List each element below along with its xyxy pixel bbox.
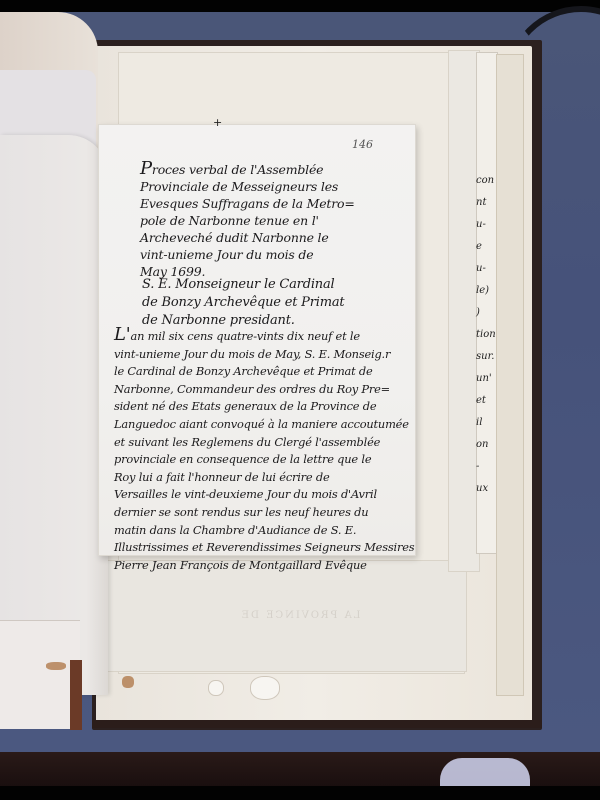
body-line: provinciale en consequence de la lettre … [114,451,414,469]
fragment: u- [476,258,500,280]
body-line: Roy lui a fait l'honneur de lui écrire d… [114,469,414,487]
fragment: tion [476,324,500,346]
paper-tear [250,676,280,700]
cloth [440,758,530,788]
presiding-heading: S. E. Monseigneur le Cardinal de Bonzy A… [142,276,344,330]
fragment: nt [476,192,500,214]
body-line: sident né des Etats generaux de la Provi… [114,398,414,416]
body-line: matin dans la Chambre d'Audiance de S. E… [114,522,414,540]
fragment: et [476,390,500,412]
presiding-line: de Bonzy Archevêque et Primat [142,294,344,312]
fragment: e [476,236,500,258]
body-line: Languedoc aiant convoqué à la maniere ac… [114,416,414,434]
body-line: Narbonne, Commandeur des ordres du Roy P… [114,381,414,399]
fragment: un' [476,368,500,390]
title-line: pole de Narbonne tenue en l' [140,212,355,229]
body-line: vint-unieme Jour du mois de May, S. E. M… [114,346,414,364]
fragment: le) [476,280,500,302]
show-through-print: LA PROVINCE DE [150,610,450,621]
book-bottom-edge [92,720,542,728]
title-line: Provinciale de Messeigneurs les [140,178,355,195]
body-line: L'an mil six cens quatre-vints dix neuf … [114,326,414,346]
document-title: Proces verbal de l'Assemblée Provinciale… [140,160,355,280]
fragment: sur. [476,346,500,368]
body-text: L'an mil six cens quatre-vints dix neuf … [114,326,414,574]
fragment: con [476,170,500,192]
left-page-bottom [0,620,80,729]
letterbox-top [0,0,600,12]
margin-fragments: con nt u- e u- le) ) tion sur. un' et il… [476,170,500,500]
letterbox-bottom [0,786,600,800]
folio-number: 146 [352,138,373,151]
paper-strip-c [496,54,524,696]
fragment: il [476,412,500,434]
body-line: le Cardinal de Bonzy Archevêque et Prima… [114,363,414,381]
title-line: Archeveché dudit Narbonne le [140,229,355,246]
spine-damage [70,660,82,730]
left-page-front [0,135,108,695]
body-line: Versailles le vint-deuxieme Jour du mois… [114,486,414,504]
body-line: Illustrissimes et Reverendissimes Seigne… [114,539,414,557]
title-line: vint-unieme Jour du mois de [140,246,355,263]
fragment: - [476,456,500,478]
title-line: Evesques Suffragans de la Metro= [140,195,355,212]
fragment: on [476,434,500,456]
stain [46,662,66,670]
title-line: Proces verbal de l'Assemblée [140,160,355,178]
body-line: et suivant les Reglemens du Clergé l'ass… [114,434,414,452]
presiding-line: S. E. Monseigneur le Cardinal [142,276,344,294]
body-line: Pierre Jean François de Montgaillard Evê… [114,557,414,575]
cross-mark: + [213,116,222,129]
fragment: ux [476,478,500,500]
fragment: ) [476,302,500,324]
stain [122,676,134,688]
body-line: dernier se sont rendus sur les neuf heur… [114,504,414,522]
fragment: u- [476,214,500,236]
paper-tear [208,680,224,696]
